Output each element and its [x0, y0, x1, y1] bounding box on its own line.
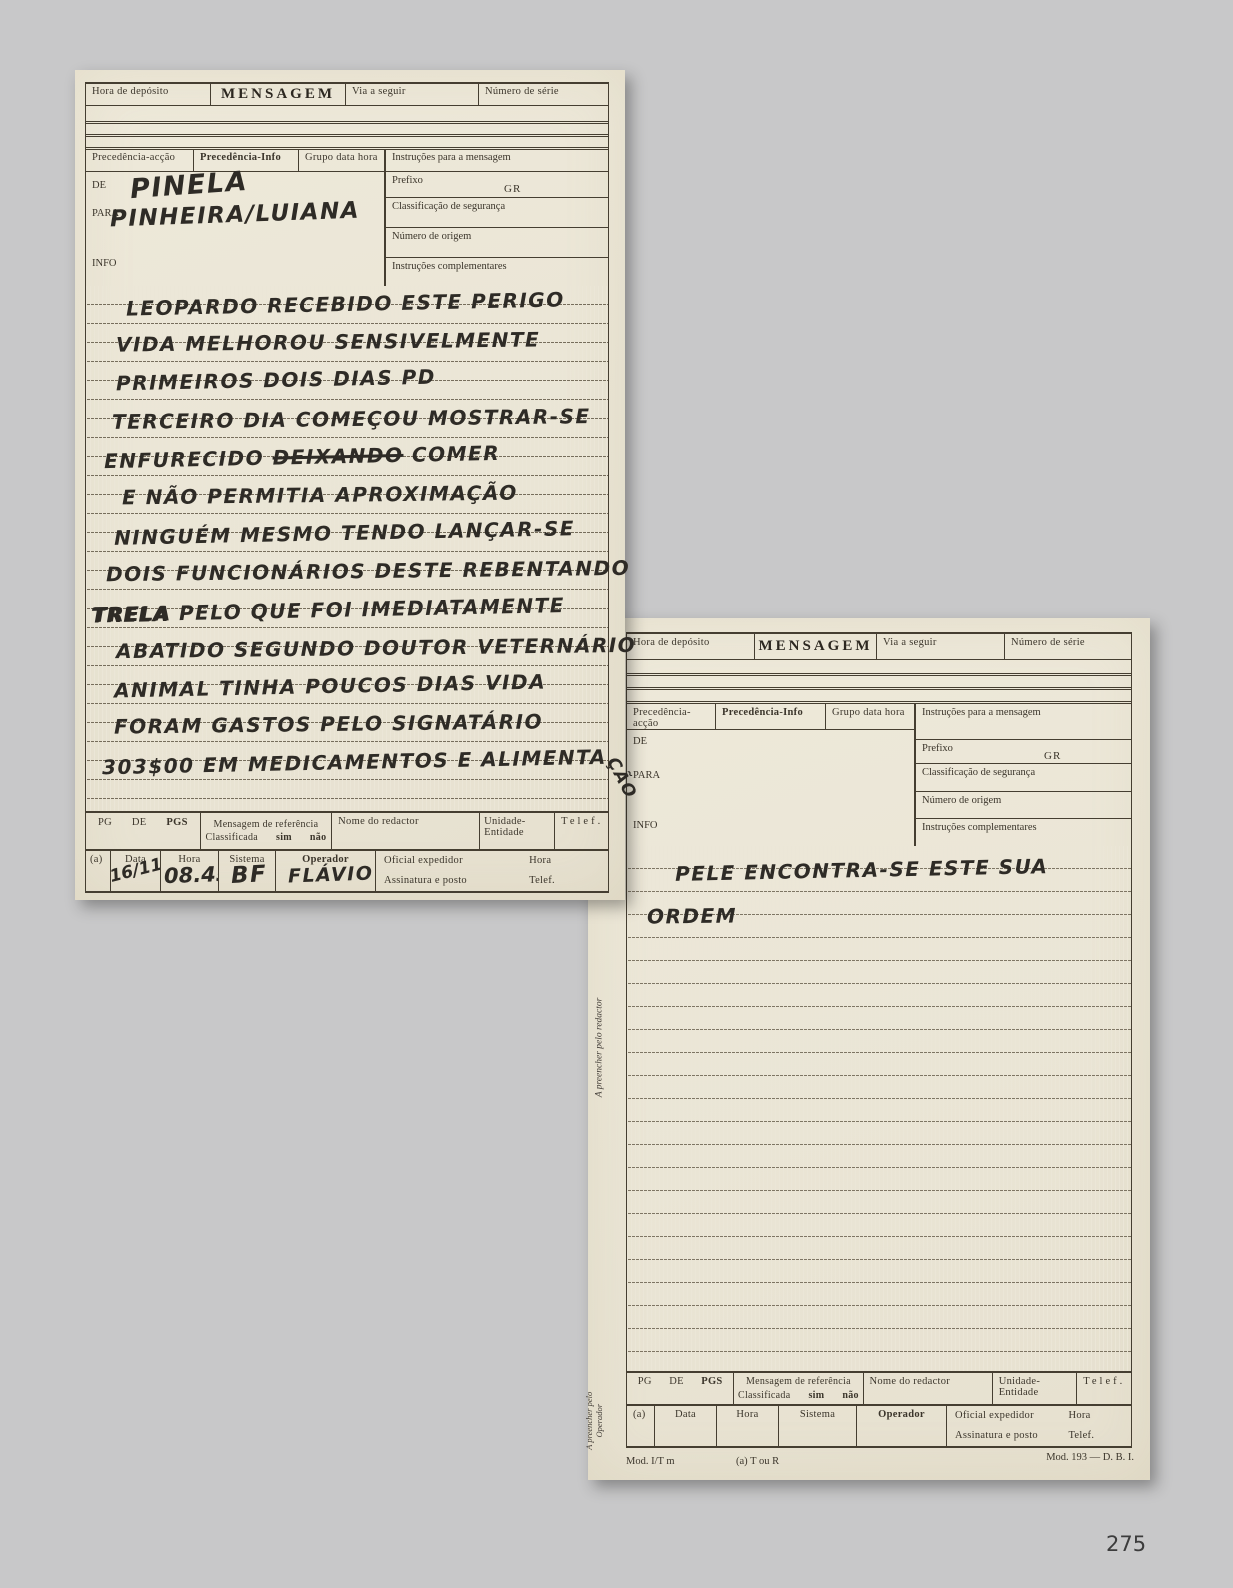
label-nao: não [842, 1389, 858, 1403]
label-oficial-hora: Hora [1068, 1410, 1090, 1421]
field-sistema: Sistema [779, 1406, 857, 1446]
label-classificada: Classificada [738, 1389, 790, 1403]
form-title: MENSAGEM [755, 634, 877, 659]
label-de: DE [633, 736, 647, 747]
handwritten-message-line: LEOPARDO RECEBIDO ESTE PERIGO [126, 289, 565, 318]
label-classificada: Classificada [206, 831, 258, 845]
address-block: Precedência-acção Precedência-Info Grupo… [86, 150, 608, 286]
handwritten-message-line: E NÃO PERMITIA APROXIMAÇÃO [122, 483, 518, 508]
label-pgs: PGS [166, 817, 187, 828]
label-info: INFO [92, 258, 117, 269]
message-form-2: A preencher pelo redactor A preencher pe… [588, 618, 1150, 1480]
field-classificacao: Classificação de segurança [916, 764, 1131, 792]
field-oficial-expedidor: Oficial expedidor Assinatura e posto Hor… [947, 1406, 1131, 1446]
label-de2: DE [132, 817, 147, 828]
mod-ref-right: Mod. 193 — D. B. I. [1046, 1452, 1134, 1463]
field-data: Data [655, 1406, 717, 1446]
message-form-1: Hora de depósito MENSAGEM Via a seguir N… [75, 70, 625, 900]
footer-row-2: (a) Data 16/11/72 Hora 08.45 Sistema BF … [86, 851, 608, 891]
handwritten-message-line: NINGUÉM MESMO TENDO LANÇAR-SE [114, 518, 575, 548]
label-a: (a) [627, 1406, 655, 1446]
field-telef: Telef. [555, 813, 608, 849]
form-title: MENSAGEM [211, 84, 346, 105]
message-area: PELE ENCONTRA-SE ESTE SUAORDEM [627, 846, 1131, 1373]
field-grupo-data-hora: Grupo data hora [299, 150, 384, 171]
field-hora: Hora [717, 1406, 779, 1446]
label-de: DE [92, 180, 106, 191]
label-sim: sim [276, 831, 292, 845]
field-classificacao: Classificação de segurança [386, 198, 608, 228]
field-hora-deposito: Hora de depósito [86, 84, 211, 105]
field-grupo-data-hora: Grupo data hora [826, 704, 914, 729]
handwritten-message-line: ABATIDO SEGUNDO DOUTOR VETERNÁRIO [116, 635, 636, 661]
label-oficial-telef: Telef. [1068, 1430, 1094, 1441]
header-row: Hora de depósito MENSAGEM Via a seguir N… [86, 84, 608, 106]
address-area: DE PARA INFO PINELA PINHEIRA/LUIANA [86, 172, 384, 286]
label-pg: PG [638, 1376, 652, 1387]
form-table: Hora de depósito MENSAGEM Via a seguir N… [626, 632, 1132, 1448]
blank-row [86, 124, 608, 137]
field-instrucoes-complementares: Instruções complementares [916, 819, 1131, 846]
field-numero-serie: Número de série [1005, 634, 1131, 659]
field-unidade-entidade: Unidade-Entidade [480, 813, 555, 849]
handwritten-sistema: BF [230, 863, 267, 888]
field-hora-deposito: Hora de depósito [627, 634, 755, 659]
handwritten-message-line: ANIMAL TINHA POUCOS DIAS VIDA [114, 671, 546, 700]
label-info: INFO [633, 820, 658, 831]
label-assinatura-posto: Assinatura e posto [955, 1430, 1038, 1441]
blank-row [86, 137, 608, 150]
field-via-a-seguir: Via a seguir [877, 634, 1005, 659]
handwritten-message-line: PRIMEIROS DOIS DIAS PD [116, 367, 436, 394]
handwritten-message-line: FORAM GASTOS PELO SIGNATÁRIO [114, 712, 543, 737]
field-hora: Hora 08.45 [161, 851, 219, 891]
handwritten-message-line: TERCEIRO DIA COMEÇOU MOSTRAR-SE [112, 406, 591, 432]
field-nome-redactor: Nome do redactor [864, 1373, 993, 1404]
header-row: Hora de depósito MENSAGEM Via a seguir N… [627, 634, 1131, 660]
mod-ref-left: Mod. I/T m [626, 1456, 675, 1467]
field-numero-origem: Número de origem [386, 228, 608, 258]
footer-row-1: PG DE PGS Mensagem de referência Classif… [627, 1373, 1131, 1406]
handwritten-de-value: PINELA [129, 168, 249, 203]
field-numero-serie: Número de série [479, 84, 608, 105]
handwritten-message-line: VIDA MELHOROU SENSIVELMENTE [116, 330, 540, 355]
label-pgs: PGS [701, 1376, 722, 1387]
field-precedencia-accao: Precedência-acção [86, 150, 194, 171]
field-oficial-expedidor: Oficial expedidor Assinatura e posto Hor… [376, 851, 608, 891]
prefixo-value: GR [1044, 750, 1061, 762]
field-prefixo: Prefixo GR [386, 172, 608, 198]
field-telef: Telef. [1077, 1373, 1131, 1404]
field-numero-origem: Número de origem [916, 792, 1131, 819]
field-prefixo: Prefixo GR [916, 740, 1131, 764]
page-number: 275 [1106, 1532, 1146, 1556]
form-table: Hora de depósito MENSAGEM Via a seguir N… [85, 82, 609, 893]
field-operador: Operador [857, 1406, 947, 1446]
field-sistema: Sistema BF [219, 851, 276, 891]
handwritten-hora: 08.45 [164, 864, 219, 887]
blank-row [627, 690, 1131, 704]
field-instrucoes-mensagem: Instruções para a mensagem [386, 150, 608, 172]
field-data: Data 16/11/72 [111, 851, 161, 891]
address-block: Precedência-acção Precedência-Info Grupo… [627, 704, 1131, 846]
scanned-book-page: A preencher pelo redactor A preencher pe… [0, 0, 1233, 1588]
label-pg: PG [98, 817, 112, 828]
label-sim: sim [808, 1389, 824, 1403]
blank-row [86, 106, 608, 124]
label-oficial-hora: Hora [529, 855, 551, 866]
field-unidade-entidade: Unidade-Entidade [993, 1373, 1078, 1404]
label-de2: DE [669, 1376, 684, 1387]
blank-row [627, 676, 1131, 690]
side-label-operador: A preencher pelo Operador [585, 1381, 605, 1461]
label-prefixo: Prefixo [922, 743, 953, 754]
mod-ref-left-2: (a) T ou R [736, 1456, 779, 1467]
field-via-a-seguir: Via a seguir [346, 84, 479, 105]
label-a: (a) [86, 851, 111, 891]
handwritten-para-value: PINHEIRA/LUIANA [110, 200, 361, 232]
label-para: PARA [633, 770, 660, 781]
handwritten-operador: FLÁVIO [288, 865, 374, 887]
field-nome-redactor: Nome do redactor [332, 813, 480, 849]
field-instrucoes-mensagem: Instruções para a mensagem [916, 704, 1131, 740]
message-area: LEOPARDO RECEBIDO ESTE PERIGOVIDA MELHOR… [86, 286, 608, 813]
label-mensagem-referencia: Mensagem de referência [214, 818, 319, 832]
handwritten-message-line: ENFURECIDO DEIXANDO COMER [104, 443, 500, 471]
footer-row-2: (a) Data Hora Sistema Operador Oficial e… [627, 1406, 1131, 1446]
handwritten-message-line: DOIS FUNCIONÁRIOS DESTE REBENTANDO [106, 558, 630, 584]
handwritten-message-line: ORDEM [647, 905, 737, 926]
handwritten-message-line: 303$00 EM MEDICAMENTOS E ALIMENTA [102, 747, 607, 778]
blank-row [627, 660, 1131, 676]
prefixo-value: GR [504, 183, 521, 195]
label-oficial-expedidor: Oficial expedidor [384, 855, 463, 866]
footer-row-1: PG DE PGS Mensagem de referência Classif… [86, 813, 608, 851]
label-oficial-expedidor: Oficial expedidor [955, 1410, 1034, 1421]
address-area: DE PARA INFO [627, 730, 914, 846]
label-assinatura-posto: Assinatura e posto [384, 875, 467, 886]
handwritten-message-line: PELE ENCONTRA-SE ESTE SUA [675, 856, 1049, 884]
field-instrucoes-complementares: Instruções complementares [386, 258, 608, 286]
side-label-redactor: A preencher pelo redactor [595, 947, 606, 1147]
label-oficial-telef: Telef. [529, 875, 555, 886]
label-mensagem-referencia: Mensagem de referência [746, 1375, 851, 1389]
field-operador: Operador FLÁVIO [276, 851, 376, 891]
label-nao: não [310, 831, 326, 845]
handwritten-message-line: TRELA PELO QUE FOI IMEDIATAMENTE [92, 595, 565, 625]
label-prefixo: Prefixo [392, 175, 423, 186]
field-precedencia-accao: Precedência-acção [627, 704, 716, 729]
field-precedencia-info: Precedência-Info [716, 704, 826, 729]
